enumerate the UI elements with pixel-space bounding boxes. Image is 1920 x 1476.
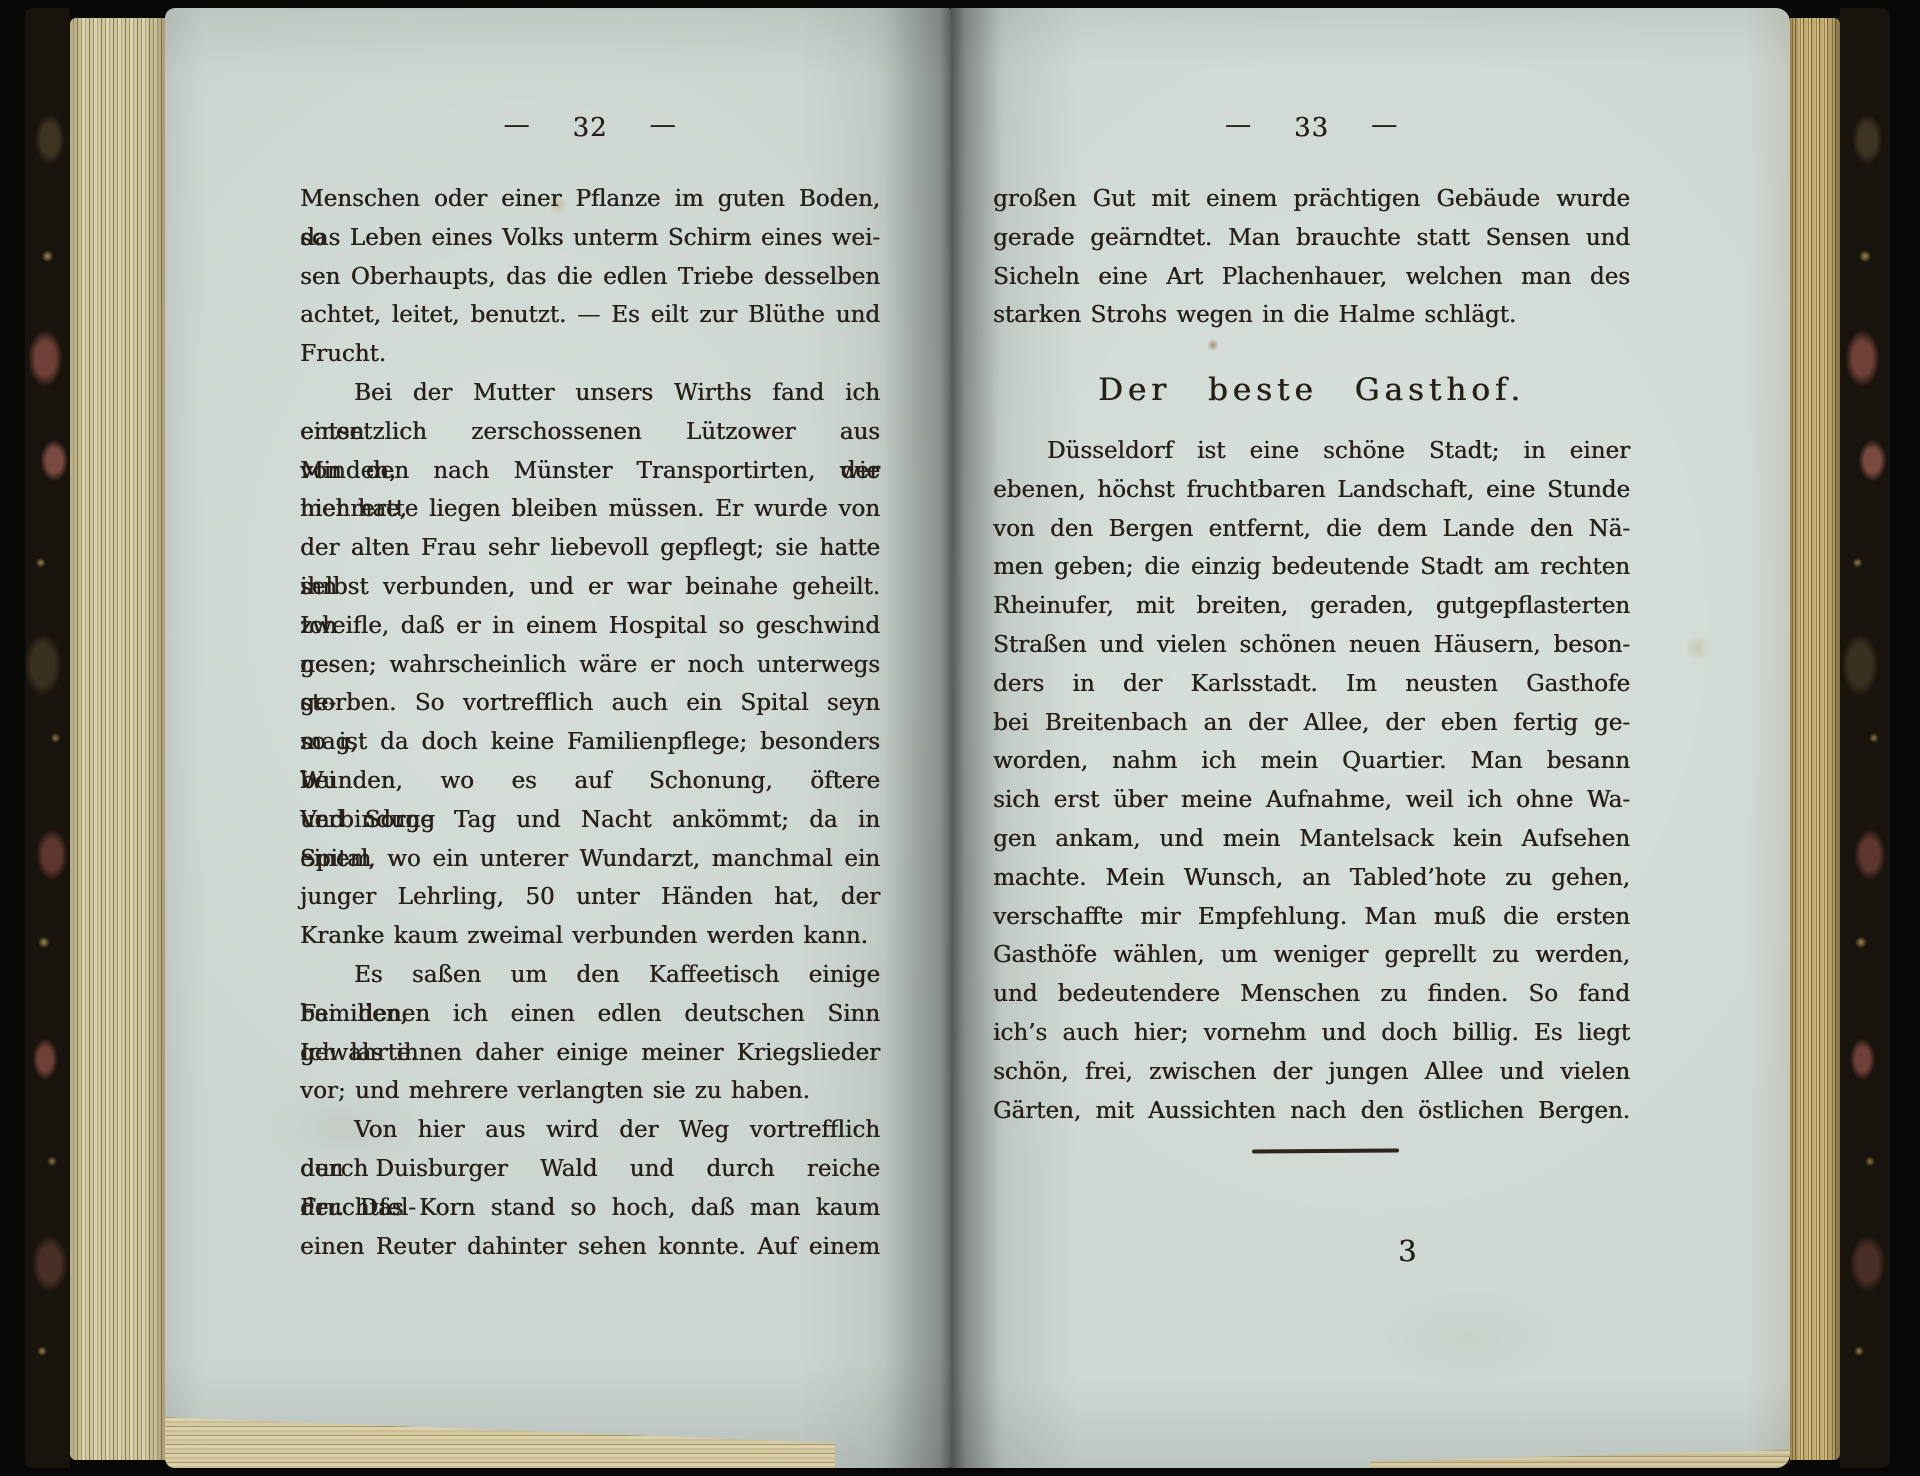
text-line: der alten Frau sehr liebevoll gepflegt; … (300, 529, 880, 568)
left-page-fore-edge (70, 18, 165, 1460)
text-line: den Duisburger Wald und durch reiche Fru… (300, 1150, 880, 1189)
text-line: großen Gut mit einem prächtigen Gebäude … (993, 180, 1630, 219)
text-line: Sicheln eine Art Plachenhauer, welchen m… (993, 258, 1630, 297)
section-divider-rule (1252, 1148, 1399, 1153)
page-32: —32— Menschen oder einer Pflanze im gute… (165, 8, 950, 1468)
text-line: Gärten, mit Aussichten nach den östliche… (993, 1092, 1630, 1131)
text-line: bei denen ich einen edlen deutschen Sinn… (300, 995, 880, 1034)
header-dash-left: — (503, 110, 530, 140)
header-dash-left: — (1225, 110, 1252, 140)
text-line: von den Bergen entfernt, die dem Lande d… (993, 510, 1630, 549)
page-33-body-paragraph: Düsseldorf ist eine schöne Stadt; in ein… (993, 432, 1630, 1130)
text-line: das Leben eines Volks unterm Schirm eine… (300, 219, 880, 258)
text-line: Gasthöfe wählen, um weniger geprellt zu … (993, 936, 1630, 975)
text-line: hier hatte liegen bleiben müssen. Er wur… (300, 490, 880, 529)
text-line: nesen; wahrscheinlich wäre er noch unter… (300, 646, 880, 685)
text-line: Wunden, wo es auf Schonung, öftere Verbi… (300, 762, 880, 801)
text-line: der. Das Korn stand so hoch, daß man kau… (300, 1189, 880, 1228)
text-line: Von hier aus wird der Weg vortrefflich d… (300, 1111, 880, 1150)
right-page-fore-edge (1790, 18, 1840, 1460)
text-line: ebenen, höchst fruchtbaren Landschaft, e… (993, 471, 1630, 510)
header-dash-right: — (1371, 110, 1398, 140)
text-line: Straßen und vielen schönen neuen Häusern… (993, 626, 1630, 665)
text-line: entsetzlich zerschossenen Lützower aus M… (300, 413, 880, 452)
text-line: Frucht. (300, 335, 880, 374)
text-line: so ist da doch keine Familienpflege; bes… (300, 723, 880, 762)
left-marbled-cover (25, 8, 70, 1468)
text-line: Menschen oder einer Pflanze im guten Bod… (300, 180, 880, 219)
text-line: gen ankam, und mein Mantelsack kein Aufs… (993, 820, 1630, 859)
text-line: Bei der Mutter unsers Wirths fand ich ei… (300, 374, 880, 413)
open-book: —32— Menschen oder einer Pflanze im gute… (25, 8, 1890, 1468)
text-line: men geben; die einzig bedeutende Stadt a… (993, 548, 1630, 587)
text-line: Spital, wo ein unterer Wundarzt, manchma… (300, 840, 880, 879)
chapter-heading: Der beste Gasthof. (993, 372, 1630, 408)
text-line: worden, nahm ich mein Quartier. Man besa… (993, 742, 1630, 781)
text-line: Kranke kaum zweimal verbunden werden kan… (300, 917, 880, 956)
bottom-page-stack (165, 1416, 835, 1468)
text-line: ders in der Karlsstadt. Im neusten Gasth… (993, 665, 1630, 704)
text-line: Es saßen um den Kaffeetisch einige Famil… (300, 956, 880, 995)
page-33: —33— großen Gut mit einem prächtigen Geb… (950, 8, 1790, 1468)
photo-black-backdrop: { "page_left": { "header": { "dash": "—"… (0, 0, 1920, 1476)
text-line: von den nach Münster Transportirten, wie… (300, 452, 880, 491)
text-line: gerade geärndtet. Man brauchte statt Sen… (993, 219, 1630, 258)
bottom-page-stack (1370, 1450, 1790, 1468)
text-line: und bedeutendere Menschen zu finden. So … (993, 975, 1630, 1014)
text-line: storben. So vortrefflich auch ein Spital… (300, 684, 880, 723)
text-line: und Sorge Tag und Nacht ankömmt; da in e… (300, 801, 880, 840)
text-line: verschaffte mir Empfehlung. Man muß die … (993, 898, 1630, 937)
text-line: zweifle, daß er in einem Hospital so ges… (300, 607, 880, 646)
text-line: machte. Mein Wunsch, an Tabled’hote zu g… (993, 859, 1630, 898)
text-line: starken Strohs wegen in die Halme schläg… (993, 296, 1630, 335)
header-dash-right: — (650, 110, 677, 140)
text-line: sich erst über meine Aufnahme, weil ich … (993, 781, 1630, 820)
text-line: selbst verbunden, und er war beinahe geh… (300, 568, 880, 607)
page-32-text: Menschen oder einer Pflanze im guten Bod… (300, 180, 880, 1266)
text-line: sen Oberhaupts, das die edlen Triebe des… (300, 258, 880, 297)
page-33-top-paragraph: großen Gut mit einem prächtigen Gebäude … (993, 180, 1630, 335)
page-33-header: —33— (993, 113, 1630, 143)
page-number-33: 33 (1294, 113, 1329, 143)
text-line: ich’s auch hier; vornehm und doch billig… (993, 1014, 1630, 1053)
text-line: vor; und mehrere verlangten sie zu haben… (300, 1072, 880, 1111)
page-32-header: —32— (300, 113, 880, 143)
text-line: achtet, leitet, benutzt. — Es eilt zur B… (300, 296, 880, 335)
text-line: Ich las ihnen daher einige meiner Kriegs… (300, 1034, 880, 1073)
text-line: schön, frei, zwischen der jungen Allee u… (993, 1053, 1630, 1092)
text-line: Düsseldorf ist eine schöne Stadt; in ein… (993, 432, 1630, 471)
text-line: einen Reuter dahinter sehen konnte. Auf … (300, 1228, 880, 1267)
signature-mark: 3 (1398, 1234, 1416, 1268)
page-number-32: 32 (572, 113, 607, 143)
text-line: bei Breitenbach an der Allee, der eben f… (993, 704, 1630, 743)
text-line: Rheinufer, mit breiten, geraden, gutgepf… (993, 587, 1630, 626)
text-line: junger Lehrling, 50 unter Händen hat, de… (300, 878, 880, 917)
right-marbled-cover (1840, 8, 1890, 1468)
